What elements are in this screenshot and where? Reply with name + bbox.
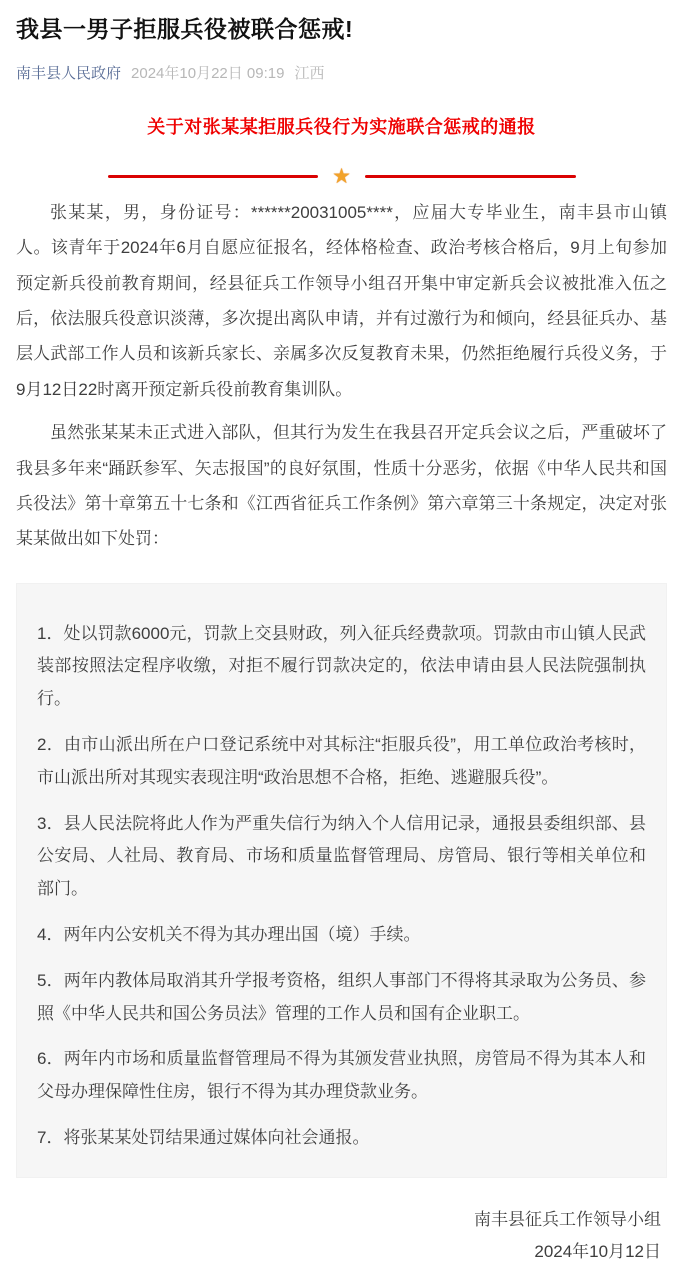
punishment-item: 2．由市山派出所在户口登记系统中对其标注“拒服兵役”，用工单位政治考核时，市山派… [37, 729, 646, 795]
divider-line-right [365, 175, 576, 178]
article-byline: 南丰县人民政府 2024年10月22日 09:19 江西 [16, 62, 667, 83]
punishment-item: 6．两年内市场和质量监督管理局不得为其颁发营业执照，房管局不得为其本人和父母办理… [37, 1043, 646, 1109]
notice-heading: 关于对张某某拒服兵役行为实施联合惩戒的通报 [16, 113, 667, 139]
punishment-item: 4．两年内公安机关不得为其办理出国（境）手续。 [37, 919, 646, 952]
signature-date: 2024年10月12日 [16, 1236, 661, 1268]
star-divider: ★ [108, 166, 576, 187]
notice-paragraph: 虽然张某某未正式进入部队，但其行为发生在我县召开定兵会议之后，严重破坏了我县多年… [16, 415, 667, 556]
article-title: 我县一男子拒服兵役被联合惩戒! [16, 14, 667, 45]
punishment-item: 5．两年内教体局取消其升学报考资格，组织人事部门不得将其录取为公务员、参照《中华… [37, 965, 646, 1031]
signature-block: 南丰县征兵工作领导小组 2024年10月12日 [16, 1204, 667, 1269]
punishment-item: 7．将张某某处罚结果通过媒体向社会通报。 [37, 1122, 646, 1155]
notice-body: 张某某，男，身份证号：******20031005****，应届大专毕业生，南丰… [16, 195, 667, 557]
publish-location: 江西 [294, 62, 324, 83]
star-icon: ★ [332, 166, 351, 187]
publisher-account-link[interactable]: 南丰县人民政府 [16, 62, 121, 83]
punishment-list-box: 1．处以罚款6000元，罚款上交县财政，列入征兵经费款项。罚款由市山镇人民武装部… [16, 583, 667, 1178]
punishment-item: 1．处以罚款6000元，罚款上交县财政，列入征兵经费款项。罚款由市山镇人民武装部… [37, 618, 646, 716]
divider-line-left [108, 175, 319, 178]
notice-paragraph: 张某某，男，身份证号：******20031005****，应届大专毕业生，南丰… [16, 195, 667, 407]
signature-org: 南丰县征兵工作领导小组 [16, 1204, 661, 1236]
punishment-item: 3．县人民法院将此人作为严重失信行为纳入个人信用记录，通报县委组织部、县公安局、… [37, 808, 646, 906]
publish-datetime: 2024年10月22日 09:19 [131, 62, 284, 83]
article-page: 我县一男子拒服兵役被联合惩戒! 南丰县人民政府 2024年10月22日 09:1… [0, 0, 683, 1288]
